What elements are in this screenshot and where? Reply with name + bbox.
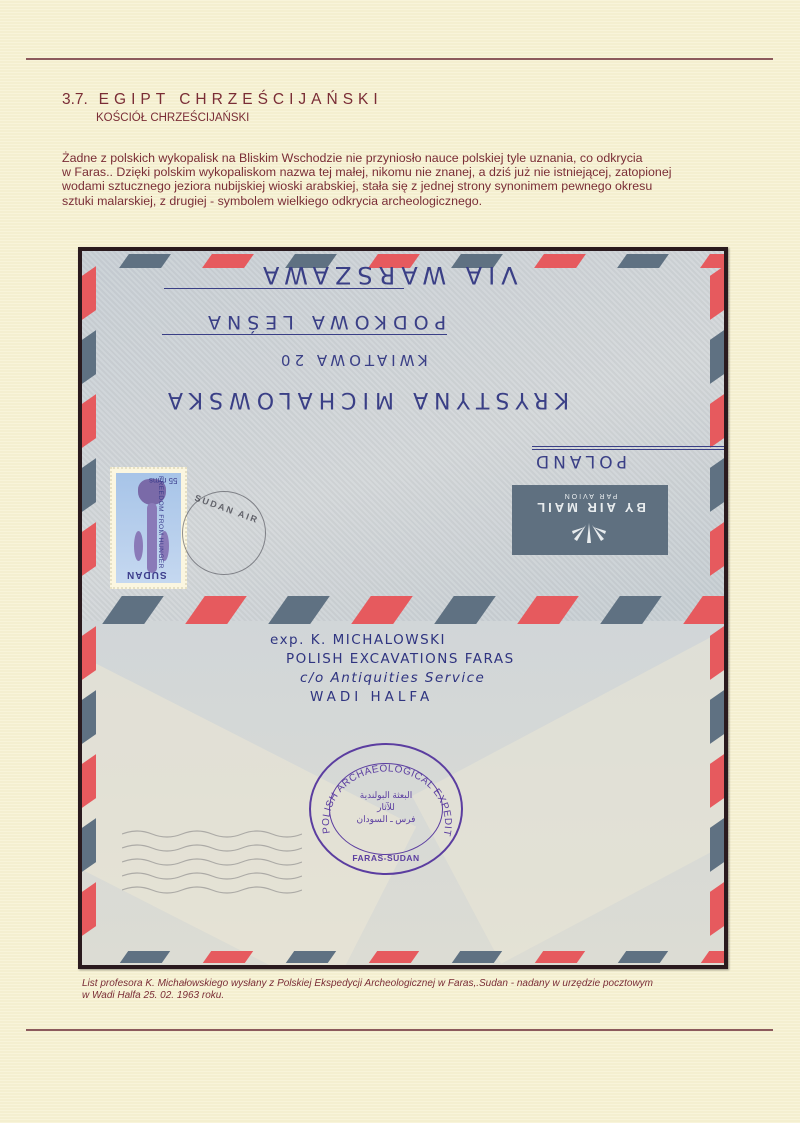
airmail-stripe xyxy=(700,254,724,268)
wavy-cancellation-icon xyxy=(122,826,302,896)
cachet-arabic-text: البعثة البولندية للآثار فرس ـ السودان xyxy=(311,789,461,825)
airmail-stripe xyxy=(369,951,419,963)
postage-stamp: 55 mms FREEDOM FROM HUNGER SUDAN xyxy=(110,467,187,589)
airmail-stripe xyxy=(618,951,668,963)
stamp-pod-icon xyxy=(134,531,143,561)
sender-town: WADI HALFA xyxy=(310,688,539,707)
caption-line: w Wadi Halfa 25. 02. 1963 roku. xyxy=(82,990,653,1002)
top-rule xyxy=(26,58,773,60)
bottom-rule xyxy=(26,1029,773,1031)
cachet-arabic-line: للآثار xyxy=(311,801,461,813)
cachet-location: FARAS-SUDAN xyxy=(311,853,461,863)
envelope-caption: List profesora K. Michałowskiego wysłany… xyxy=(82,978,653,1001)
stamp-artwork: 55 mms FREEDOM FROM HUNGER SUDAN xyxy=(116,473,181,583)
recipient-country: POLAND xyxy=(532,451,627,471)
airmail-stripe xyxy=(617,254,669,268)
airmail-stripe xyxy=(203,951,253,963)
sender-address: exp. K. MICHALOWSKI POLISH EXCAVATIONS F… xyxy=(270,631,499,707)
airmail-stripe xyxy=(534,254,586,268)
airmail-label: BY AIR MAIL PAR AVION xyxy=(512,485,668,555)
address-underline xyxy=(164,288,404,289)
airmail-envelope: VIA WARSZAWA PODKOWA LEŚNA KWIATOWA 20 K… xyxy=(82,251,724,965)
intro-line: Żadne z polskich wykopalisk na Bliskim W… xyxy=(62,151,752,165)
recipient-name: KRYSTYNA MICHALOWSKA xyxy=(162,387,569,412)
airmail-stripe xyxy=(701,951,724,963)
airmail-stripe xyxy=(434,596,496,624)
cachet-arabic-line: البعثة البولندية xyxy=(311,789,461,801)
airmail-wings-icon xyxy=(572,523,606,549)
airmail-border-fold xyxy=(82,596,724,624)
recipient-via: VIA WARSZAWA xyxy=(257,261,518,289)
sender-name: exp. K. MICHALOWSKI xyxy=(270,631,499,650)
section-subtitle: KOŚCIÓŁ CHRZEŚCIJAŃSKI xyxy=(96,112,249,124)
intro-paragraph: Żadne z polskich wykopalisk na Bliskim W… xyxy=(62,151,752,208)
airmail-stripe xyxy=(102,596,164,624)
sender-care-of: c/o Antiquities Service xyxy=(300,669,529,688)
airmail-stripe xyxy=(268,596,330,624)
airmail-stripe xyxy=(452,951,502,963)
airmail-stripe xyxy=(351,596,413,624)
envelope-scan: VIA WARSZAWA PODKOWA LEŚNA KWIATOWA 20 K… xyxy=(78,247,728,969)
airmail-stripe xyxy=(286,951,336,963)
sender-organization: POLISH EXCAVATIONS FARAS xyxy=(286,650,515,669)
expedition-cachet: POLISH ARCHAEOLOGICAL EXPEDITION البعثة … xyxy=(309,743,463,875)
recipient-city: PODKOWA LEŚNA xyxy=(202,311,446,333)
stamp-slogan: FREEDOM FROM HUNGER xyxy=(157,476,164,569)
airmail-stripe xyxy=(683,596,724,624)
caption-line: List profesora K. Michałowskiego wysłany… xyxy=(82,978,653,990)
address-underline xyxy=(162,334,447,335)
postmark: SUDAN AIR xyxy=(182,491,266,575)
airmail-stripe xyxy=(119,254,171,268)
intro-line: sztuki malarskiej, z drugiej - symbolem … xyxy=(62,194,752,208)
intro-line: w Faras.. Dzięki polskim wykopaliskom na… xyxy=(62,165,752,179)
airmail-label-text: BY AIR MAIL xyxy=(512,500,668,515)
airmail-stripe xyxy=(535,951,585,963)
airmail-stripe xyxy=(202,254,254,268)
address-underline xyxy=(532,446,724,447)
section-title: EGIPT CHRZEŚCIJAŃSKI xyxy=(99,91,383,108)
stamp-plant-icon xyxy=(147,503,157,573)
section-heading: 3.7. EGIPT CHRZEŚCIJAŃSKI xyxy=(62,91,383,109)
intro-line: wodami sztucznego jeziora nubijskiej wio… xyxy=(62,179,752,193)
airmail-stripe xyxy=(120,951,170,963)
airmail-border-bottom xyxy=(82,951,724,963)
stamp-country: SUDAN xyxy=(126,569,167,580)
par-avion-text: PAR AVION xyxy=(512,492,668,499)
section-number: 3.7. xyxy=(62,91,88,108)
recipient-street: KWIATOWA 20 xyxy=(277,351,428,369)
airmail-stripe xyxy=(185,596,247,624)
airmail-stripe xyxy=(600,596,662,624)
airmail-stripe xyxy=(517,596,579,624)
cachet-arabic-line: فرس ـ السودان xyxy=(311,813,461,825)
